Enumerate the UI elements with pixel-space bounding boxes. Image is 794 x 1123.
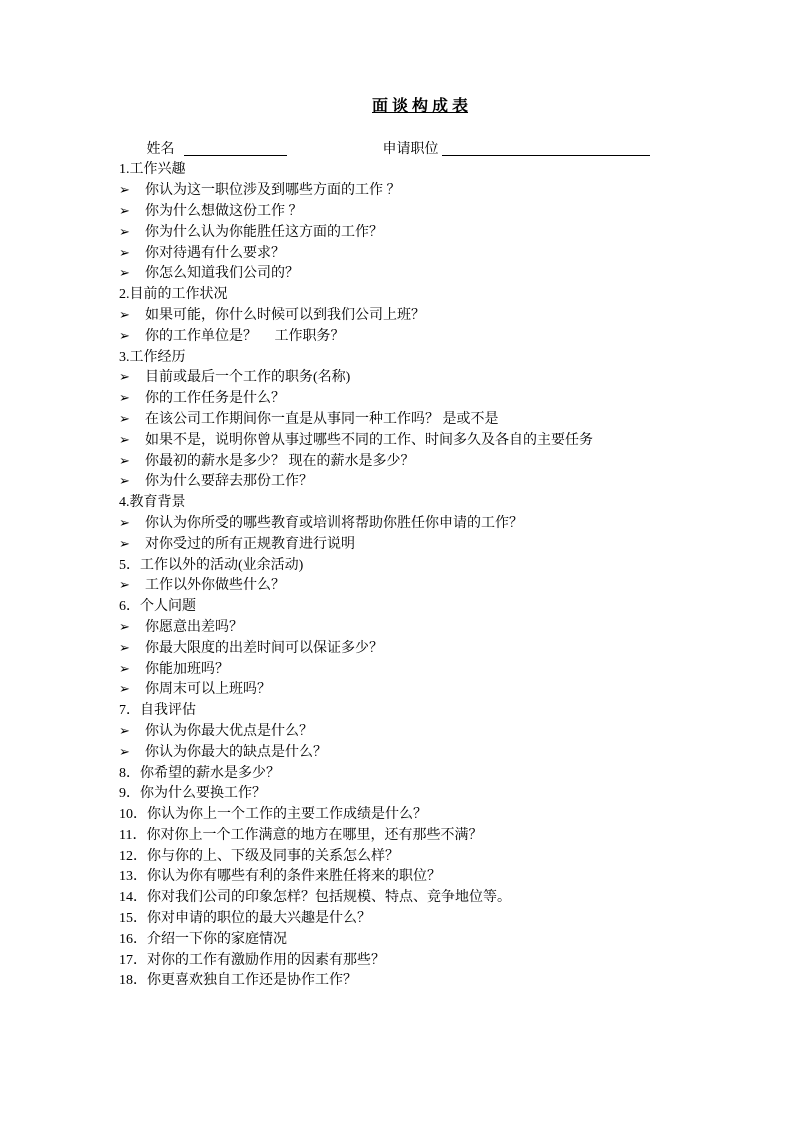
numbered-question: 10．你认为你上一个工作的主要工作成绩是什么？	[119, 805, 675, 826]
question-text: 对你受过的所有正规教育进行说明	[145, 535, 355, 556]
arrow-bullet-icon: ➢	[119, 264, 145, 285]
bullet-question: ➢在该公司工作期间你一直是从事同一种工作吗？ 是或不是	[119, 410, 675, 431]
numbered-question: 18．你更喜欢独自工作还是协作工作？	[119, 971, 675, 992]
question-text: 目前或最后一个工作的职务(名称)	[145, 368, 350, 389]
question-text: 你的工作任务是什么？	[145, 389, 285, 410]
question-text: 在该公司工作期间你一直是从事同一种工作吗？ 是或不是	[145, 410, 499, 431]
arrow-bullet-icon: ➢	[119, 389, 145, 410]
question-text: 如果可能，你什么时候可以到我们公司上班？	[145, 306, 425, 327]
numbered-question: 15．你对申请的职位的最大兴趣是什么？	[119, 909, 675, 930]
arrow-bullet-icon: ➢	[119, 514, 145, 535]
bullet-question: ➢你对待遇有什么要求？	[119, 244, 675, 265]
bullet-question: ➢你为什么要辞去那份工作？	[119, 472, 675, 493]
question-text: 你认为你所受的哪些教育或培训将帮助你胜任你申请的工作？	[145, 514, 523, 535]
numbered-question: 13．你认为你有哪些有利的条件来胜任将来的职位？	[119, 867, 675, 888]
question-text: 你最初的薪水是多少？ 现在的薪水是多少？	[145, 452, 415, 473]
position-blank-field[interactable]	[442, 140, 650, 156]
arrow-bullet-icon: ➢	[119, 618, 145, 639]
blank-line	[119, 119, 675, 140]
document-content: 面 谈 构 成 表 姓名 申请职位 1.工作兴趣➢你认为这一职位涉及到哪些方面的…	[119, 97, 675, 992]
numbered-question: 12．你与你的上、下级及同事的关系怎么样？	[119, 847, 675, 868]
numbered-question: 14．你对我们公司的印象怎样？包括规模、特点、竞争地位等。	[119, 888, 675, 909]
section-heading: 2.目前的工作状况	[119, 285, 675, 306]
question-text: 你对待遇有什么要求？	[145, 244, 285, 265]
bullet-question: ➢你愿意出差吗？	[119, 618, 675, 639]
bullet-question: ➢你怎么知道我们公司的？	[119, 264, 675, 285]
arrow-bullet-icon: ➢	[119, 306, 145, 327]
bullet-question: ➢你最大限度的出差时间可以保证多少？	[119, 639, 675, 660]
question-text: 你的工作单位是？ 工作职务？	[145, 327, 345, 348]
bullet-question: ➢你最初的薪水是多少？ 现在的薪水是多少？	[119, 452, 675, 473]
numbered-question: 17．对你的工作有激励作用的因素有那些？	[119, 951, 675, 972]
header-fields-row: 姓名 申请职位	[119, 140, 675, 161]
arrow-bullet-icon: ➢	[119, 639, 145, 660]
numbered-question: 9．你为什么要换工作？	[119, 784, 675, 805]
question-text: 工作以外你做些什么？	[145, 576, 285, 597]
name-blank-field[interactable]	[184, 140, 287, 156]
arrow-bullet-icon: ➢	[119, 368, 145, 389]
bullet-question: ➢你能加班吗？	[119, 660, 675, 681]
question-list: 1.工作兴趣➢你认为这一职位涉及到哪些方面的工作 ？➢你为什么想做这份工作 ？➢…	[119, 160, 675, 992]
question-text: 你怎么知道我们公司的？	[145, 264, 299, 285]
section-heading: 3.工作经历	[119, 348, 675, 369]
arrow-bullet-icon: ➢	[119, 431, 145, 452]
bullet-question: ➢如果可能，你什么时候可以到我们公司上班？	[119, 306, 675, 327]
arrow-bullet-icon: ➢	[119, 743, 145, 764]
bullet-question: ➢你为什么想做这份工作 ？	[119, 202, 675, 223]
arrow-bullet-icon: ➢	[119, 452, 145, 473]
arrow-bullet-icon: ➢	[119, 202, 145, 223]
numbered-question: 11．你对你上一个工作满意的地方在哪里，还有那些不满？	[119, 826, 675, 847]
page-title: 面 谈 构 成 表	[372, 97, 468, 118]
bullet-question: ➢你的工作单位是？ 工作职务？	[119, 327, 675, 348]
arrow-bullet-icon: ➢	[119, 410, 145, 431]
question-text: 你能加班吗？	[145, 660, 229, 681]
bullet-question: ➢你为什么认为你能胜任这方面的工作？	[119, 223, 675, 244]
question-text: 你最大限度的出差时间可以保证多少？	[145, 639, 383, 660]
question-text: 你周末可以上班吗？	[145, 680, 271, 701]
arrow-bullet-icon: ➢	[119, 660, 145, 681]
section-heading: 6．个人问题	[119, 597, 675, 618]
arrow-bullet-icon: ➢	[119, 722, 145, 743]
arrow-bullet-icon: ➢	[119, 223, 145, 244]
arrow-bullet-icon: ➢	[119, 680, 145, 701]
arrow-bullet-icon: ➢	[119, 244, 145, 265]
bullet-question: ➢你周末可以上班吗？	[119, 680, 675, 701]
question-text: 你认为你最大优点是什么？	[145, 722, 313, 743]
section-heading: 7．自我评估	[119, 701, 675, 722]
bullet-question: ➢你认为你所受的哪些教育或培训将帮助你胜任你申请的工作？	[119, 514, 675, 535]
question-text: 你为什么认为你能胜任这方面的工作？	[145, 223, 383, 244]
arrow-bullet-icon: ➢	[119, 576, 145, 597]
arrow-bullet-icon: ➢	[119, 472, 145, 493]
bullet-question: ➢工作以外你做些什么？	[119, 576, 675, 597]
question-text: 你认为这一职位涉及到哪些方面的工作 ？	[145, 181, 401, 202]
question-text: 你为什么想做这份工作 ？	[145, 202, 303, 223]
position-label: 申请职位	[383, 142, 439, 157]
title-line: 面 谈 构 成 表	[119, 97, 675, 119]
question-text: 你认为你最大的缺点是什么？	[145, 743, 327, 764]
question-text: 如果不是，说明你曾从事过哪些不同的工作、时间多久及各自的主要任务	[145, 431, 593, 452]
question-text: 你愿意出差吗？	[145, 618, 243, 639]
bullet-question: ➢你的工作任务是什么？	[119, 389, 675, 410]
section-heading: 4.教育背景	[119, 493, 675, 514]
arrow-bullet-icon: ➢	[119, 181, 145, 202]
arrow-bullet-icon: ➢	[119, 535, 145, 556]
numbered-question: 16．介绍一下你的家庭情况	[119, 930, 675, 951]
question-text: 你为什么要辞去那份工作？	[145, 472, 313, 493]
section-heading: 1.工作兴趣	[119, 160, 675, 181]
name-label: 姓名	[147, 142, 175, 157]
document-page: 面 谈 构 成 表 姓名 申请职位 1.工作兴趣➢你认为这一职位涉及到哪些方面的…	[0, 0, 794, 1123]
bullet-question: ➢你认为你最大优点是什么？	[119, 722, 675, 743]
section-heading: 5．工作以外的活动(业余活动)	[119, 556, 675, 577]
bullet-question: ➢对你受过的所有正规教育进行说明	[119, 535, 675, 556]
numbered-question: 8．你希望的薪水是多少？	[119, 764, 675, 785]
arrow-bullet-icon: ➢	[119, 327, 145, 348]
bullet-question: ➢目前或最后一个工作的职务(名称)	[119, 368, 675, 389]
bullet-question: ➢你认为这一职位涉及到哪些方面的工作 ？	[119, 181, 675, 202]
bullet-question: ➢如果不是，说明你曾从事过哪些不同的工作、时间多久及各自的主要任务	[119, 431, 675, 452]
bullet-question: ➢你认为你最大的缺点是什么？	[119, 743, 675, 764]
